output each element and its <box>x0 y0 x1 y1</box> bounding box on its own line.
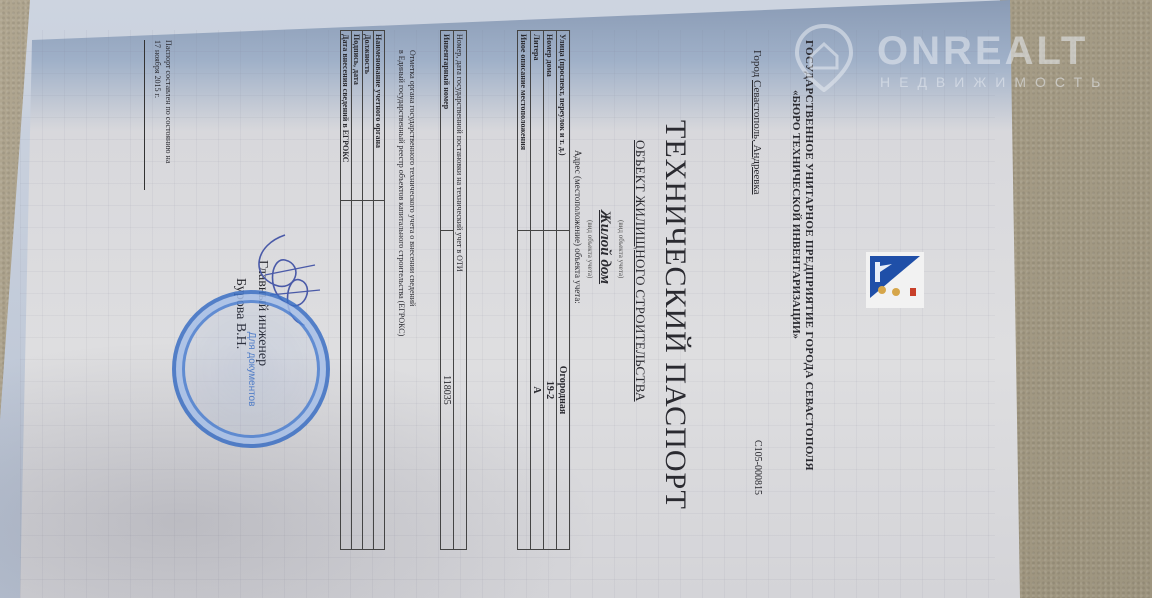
city-label: Город <box>751 50 763 77</box>
table-row: Подпись, дата <box>352 31 363 550</box>
state-date-value: 17 ноября 2015 г. <box>153 40 162 98</box>
inventory-number: 118035 <box>441 231 454 550</box>
signature-line <box>144 40 145 190</box>
table-row: Дата внесения сведений в ЕГРОКС <box>341 31 352 550</box>
egroks-label: Должность <box>363 31 374 201</box>
address-value: Огородная <box>557 231 570 550</box>
table-row: Улица (проспект, переулок и т. д.) Огоро… <box>557 31 570 550</box>
registration-label: Номер, дата государственной постановки н… <box>454 31 467 550</box>
map-pin-house-icon <box>795 24 853 92</box>
organization-line-2: «БЮРО ТЕХНИЧЕСКОЙ ИНВЕНТАРИЗАЦИИ» <box>790 90 802 339</box>
address-value: А <box>531 231 544 550</box>
egroks-value <box>341 201 352 550</box>
caption-object-name: (вид объекта учета) <box>586 220 594 278</box>
official-stamp: Для документов <box>172 290 330 448</box>
egroks-label: Дата внесения сведений в ЕГРОКС <box>341 31 352 201</box>
address-label: Номер дома <box>544 31 557 231</box>
address-heading: Адрес (местоположение) объекта учета: <box>573 150 583 304</box>
table-row: Номер дома 19-2 <box>544 31 557 550</box>
table-row: Литера А <box>531 31 544 550</box>
table-row: Инвентарный номер 118035 <box>441 31 454 550</box>
address-table: Улица (проспект, переулок и т. д.) Огоро… <box>517 30 570 550</box>
egroks-value <box>363 201 374 550</box>
watermark-subtitle: НЕДВИЖИМОСТЬ <box>880 74 1109 90</box>
table-row: Номер, дата государственной постановки н… <box>454 31 467 550</box>
egroks-value <box>352 201 363 550</box>
address-label: Улица (проспект, переулок и т. д.) <box>557 31 570 231</box>
registration-table: Номер, дата государственной постановки н… <box>440 30 467 550</box>
table-row: Должность <box>363 31 374 550</box>
address-value: 19-2 <box>544 231 557 550</box>
sevastopol-emblem-icon <box>866 252 924 308</box>
document-subtitle: ОБЪЕКТ ЖИЛИЩНОГО СТРОИТЕЛЬСТВА <box>632 140 648 402</box>
address-label: Иное описание местоположения <box>518 31 531 231</box>
address-label: Литера <box>531 31 544 231</box>
egroks-value <box>374 201 385 550</box>
caption-object-kind: (вид объекта учета) <box>617 220 625 278</box>
egroks-note-2: в Единый государственный реестр объектов… <box>397 50 406 336</box>
egroks-label: Подпись, дата <box>352 31 363 201</box>
document-code: С105-000815 <box>752 440 763 495</box>
watermark-title: ONREALT <box>877 29 1088 74</box>
stamp-center-text: Для документов <box>245 332 257 407</box>
document-title: ТЕХНИЧЕСКИЙ ПАСПОРТ <box>658 120 692 510</box>
onrealt-watermark: ONREALT НЕДВИЖИМОСТЬ <box>795 24 1135 96</box>
organization-line-1: ГОСУДАРСТВЕННОЕ УНИТАРНОЕ ПРЕДПРИЯТИЕ ГО… <box>803 40 815 471</box>
table-row: Иное описание местоположения <box>518 31 531 550</box>
state-date-label: Паспорт составлен по состоянию на <box>164 40 173 163</box>
object-type: Жилой дом <box>596 210 613 284</box>
table-row: Наименование учетного органа <box>374 31 385 550</box>
egroks-label: Наименование учетного органа <box>374 31 385 201</box>
registration-label: Инвентарный номер <box>441 31 454 231</box>
egroks-table: Наименование учетного органа Должность П… <box>340 30 385 550</box>
address-value <box>518 231 531 550</box>
egroks-note-1: Отметка органа государственного техничес… <box>408 50 417 306</box>
city-value: Севастополь, Андреевка <box>751 80 763 195</box>
